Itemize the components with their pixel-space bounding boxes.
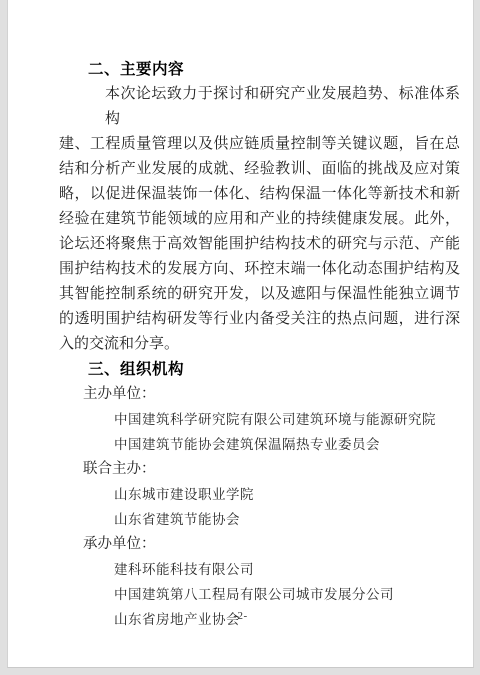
org-item: 中国建筑第八工程局有限公司城市发展分公司 — [59, 582, 460, 607]
main-content-paragraph: 本次论坛致力于探讨和研究产业发展趋势、标准体系构 建、工程质量管理以及供应链质量… — [59, 82, 460, 357]
org-item: 中国建筑节能协会建筑保温隔热专业委员会 — [59, 432, 460, 457]
paragraph-line: 论坛还将聚焦于高效智能围护结构技术的研究与示范、产能 — [59, 232, 460, 257]
section-heading-main-content: 二、主要内容 — [59, 57, 460, 82]
paragraph-line: 围护结构技术的发展方向、环控末端一体化动态围护结构及 — [59, 257, 460, 282]
paragraph-line: 结和分析产业发展的成就、经验教训、面临的挑战及应对策 — [59, 157, 460, 182]
org-group-label: 联合主办： — [59, 457, 460, 482]
paragraph-line: 其智能控制系统的研究开发，以及遮阳与保温性能独立调节 — [59, 282, 460, 307]
org-item: 中国建筑科学研究院有限公司建筑环境与能源研究院 — [59, 407, 460, 432]
org-group-hosts: 主办单位： 中国建筑科学研究院有限公司建筑环境与能源研究院 中国建筑节能协会建筑… — [59, 382, 460, 457]
paragraph-line: 建、工程质量管理以及供应链质量控制等关键议题，旨在总 — [59, 132, 460, 157]
org-item: 山东城市建设职业学院 — [59, 482, 460, 507]
viewer-background: { "page": { "background_color": "#e0e0e0… — [0, 0, 480, 675]
paragraph-line: 经验在建筑节能领域的应用和产业的持续健康发展。此外， — [59, 207, 460, 232]
document-page: 二、主要内容 本次论坛致力于探讨和研究产业发展趋势、标准体系构 建、工程质量管理… — [7, 0, 474, 668]
paragraph-line: 的透明围护结构研发等行业内备受关注的热点问题，进行深 — [59, 307, 460, 332]
paragraph-line: 略，以促进保温装饰一体化、结构保温一体化等新技术和新 — [59, 182, 460, 207]
org-item: 建科环能科技有限公司 — [59, 557, 460, 582]
section-heading-organization: 三、组织机构 — [59, 357, 460, 382]
org-group-label: 承办单位： — [59, 532, 460, 557]
org-item: 山东省建筑节能协会 — [59, 507, 460, 532]
page-number: -2- — [8, 606, 473, 626]
paragraph-line: 入的交流和分享。 — [59, 332, 460, 357]
org-group-label: 主办单位： — [59, 382, 460, 407]
org-group-cohosts: 联合主办： 山东城市建设职业学院 山东省建筑节能协会 — [59, 457, 460, 532]
paragraph-line: 本次论坛致力于探讨和研究产业发展趋势、标准体系构 — [59, 82, 460, 132]
